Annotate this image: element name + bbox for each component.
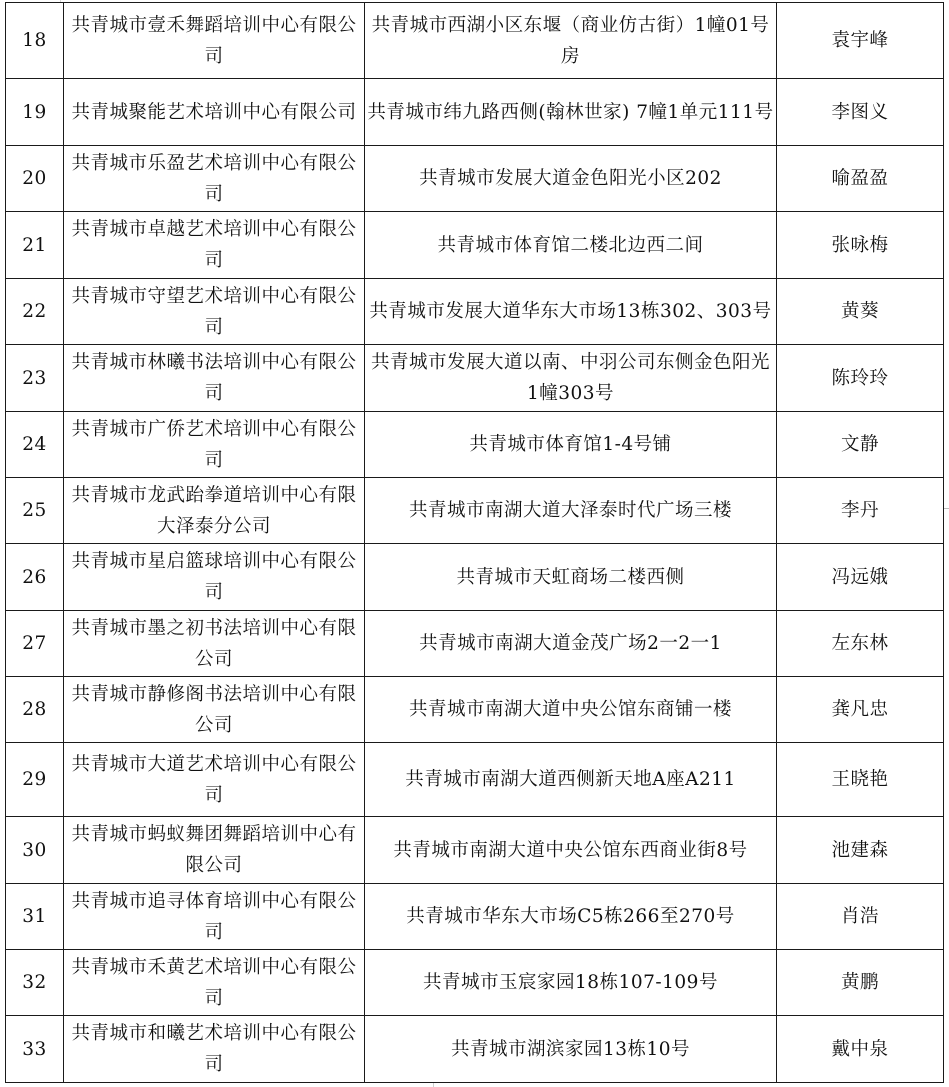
row-number-cell: 31: [6, 884, 64, 950]
contact-person-cell: 王晓艳: [777, 743, 944, 817]
address-cell: 共青城市体育馆1-4号铺: [365, 412, 777, 478]
company-name-cell: 共青城市守望艺术培训中心有限公司: [64, 279, 365, 345]
contact-person-cell: 黄葵: [777, 279, 944, 345]
company-name-cell: 共青城市星启篮球培训中心有限公司: [64, 544, 365, 611]
company-name-cell: 共青城市墨之初书法培训中心有限公司: [64, 611, 365, 677]
contact-person-cell: 文静: [777, 412, 944, 478]
table-row: 29 共青城市大道艺术培训中心有限公司 共青城市南湖大道西侧新天地A座A211 …: [6, 743, 944, 817]
row-number-cell: 21: [6, 212, 64, 279]
row-number-cell: 25: [6, 478, 64, 544]
contact-person-cell: 袁宇峰: [777, 3, 944, 79]
row-number-cell: 29: [6, 743, 64, 817]
address-cell: 共青城市南湖大道中央公馆东西商业街8号: [365, 817, 777, 884]
company-name-cell: 共青城市乐盈艺术培训中心有限公司: [64, 146, 365, 212]
row-number-cell: 32: [6, 950, 64, 1016]
contact-person-cell: 戴中泉: [777, 1016, 944, 1083]
table-row: 23 共青城市林曦书法培训中心有限公司 共青城市发展大道以南、中羽公司东侧金色阳…: [6, 345, 944, 412]
contact-person-cell: 龚凡忠: [777, 677, 944, 743]
table-row: 33 共青城市和曦艺术培训中心有限公司 共青城市湖滨家园13栋10号 戴中泉: [6, 1016, 944, 1083]
page-edge-mark: [944, 508, 949, 509]
row-number-cell: 23: [6, 345, 64, 412]
training-institutions-table: 18 共青城市壹禾舞蹈培训中心有限公司 共青城市西湖小区东堰（商业仿古街）1幢0…: [5, 2, 944, 1083]
company-name-cell: 共青城聚能艺术培训中心有限公司: [64, 79, 365, 146]
address-cell: 共青城市南湖大道金茂广场2一2一1: [365, 611, 777, 677]
row-number-cell: 30: [6, 817, 64, 884]
contact-person-cell: 池建森: [777, 817, 944, 884]
table-row: 30 共青城市蚂蚁舞团舞蹈培训中心有限公司 共青城市南湖大道中央公馆东西商业街8…: [6, 817, 944, 884]
table-row: 32 共青城市禾黄艺术培训中心有限公司 共青城市玉宸家园18栋107-109号 …: [6, 950, 944, 1016]
page-edge-mark: [433, 1083, 434, 1087]
contact-person-cell: 黄鹏: [777, 950, 944, 1016]
address-cell: 共青城市纬九路西侧(翰林世家) 7幢1单元111号: [365, 79, 777, 146]
address-cell: 共青城市发展大道华东大市场13栋302、303号: [365, 279, 777, 345]
company-name-cell: 共青城市禾黄艺术培训中心有限公司: [64, 950, 365, 1016]
row-number-cell: 24: [6, 412, 64, 478]
table-row: 31 共青城市追寻体育培训中心有限公司 共青城市华东大市场C5栋266至270号…: [6, 884, 944, 950]
row-number-cell: 20: [6, 146, 64, 212]
address-cell: 共青城市发展大道以南、中羽公司东侧金色阳光1幢303号: [365, 345, 777, 412]
table-row: 26 共青城市星启篮球培训中心有限公司 共青城市天虹商场二楼西侧 冯远娥: [6, 544, 944, 611]
table-row: 22 共青城市守望艺术培训中心有限公司 共青城市发展大道华东大市场13栋302、…: [6, 279, 944, 345]
contact-person-cell: 左东林: [777, 611, 944, 677]
company-name-cell: 共青城市林曦书法培训中心有限公司: [64, 345, 365, 412]
contact-person-cell: 肖浩: [777, 884, 944, 950]
table-row: 28 共青城市静修阁书法培训中心有限公司 共青城市南湖大道中央公馆东商铺一楼 龚…: [6, 677, 944, 743]
company-name-cell: 共青城市壹禾舞蹈培训中心有限公司: [64, 3, 365, 79]
address-cell: 共青城市湖滨家园13栋10号: [365, 1016, 777, 1083]
address-cell: 共青城市发展大道金色阳光小区202: [365, 146, 777, 212]
address-cell: 共青城市玉宸家园18栋107-109号: [365, 950, 777, 1016]
table-row: 27 共青城市墨之初书法培训中心有限公司 共青城市南湖大道金茂广场2一2一1 左…: [6, 611, 944, 677]
company-name-cell: 共青城市龙武跆拳道培训中心有限大泽泰分公司: [64, 478, 365, 544]
table-row: 18 共青城市壹禾舞蹈培训中心有限公司 共青城市西湖小区东堰（商业仿古街）1幢0…: [6, 3, 944, 79]
address-cell: 共青城市西湖小区东堰（商业仿古街）1幢01号房: [365, 3, 777, 79]
company-name-cell: 共青城市广侨艺术培训中心有限公司: [64, 412, 365, 478]
company-name-cell: 共青城市大道艺术培训中心有限公司: [64, 743, 365, 817]
table-row: 25 共青城市龙武跆拳道培训中心有限大泽泰分公司 共青城市南湖大道大泽泰时代广场…: [6, 478, 944, 544]
contact-person-cell: 张咏梅: [777, 212, 944, 279]
address-cell: 共青城市南湖大道中央公馆东商铺一楼: [365, 677, 777, 743]
company-name-cell: 共青城市卓越艺术培训中心有限公司: [64, 212, 365, 279]
row-number-cell: 18: [6, 3, 64, 79]
address-cell: 共青城市体育馆二楼北边西二间: [365, 212, 777, 279]
company-name-cell: 共青城市和曦艺术培训中心有限公司: [64, 1016, 365, 1083]
table-row: 21 共青城市卓越艺术培训中心有限公司 共青城市体育馆二楼北边西二间 张咏梅: [6, 212, 944, 279]
contact-person-cell: 李丹: [777, 478, 944, 544]
company-name-cell: 共青城市静修阁书法培训中心有限公司: [64, 677, 365, 743]
row-number-cell: 19: [6, 79, 64, 146]
address-cell: 共青城市华东大市场C5栋266至270号: [365, 884, 777, 950]
table-row: 19 共青城聚能艺术培训中心有限公司 共青城市纬九路西侧(翰林世家) 7幢1单元…: [6, 79, 944, 146]
contact-person-cell: 冯远娥: [777, 544, 944, 611]
table-row: 24 共青城市广侨艺术培训中心有限公司 共青城市体育馆1-4号铺 文静: [6, 412, 944, 478]
contact-person-cell: 陈玲玲: [777, 345, 944, 412]
row-number-cell: 33: [6, 1016, 64, 1083]
company-name-cell: 共青城市蚂蚁舞团舞蹈培训中心有限公司: [64, 817, 365, 884]
company-name-cell: 共青城市追寻体育培训中心有限公司: [64, 884, 365, 950]
row-number-cell: 27: [6, 611, 64, 677]
row-number-cell: 26: [6, 544, 64, 611]
table-body: 18 共青城市壹禾舞蹈培训中心有限公司 共青城市西湖小区东堰（商业仿古街）1幢0…: [6, 3, 944, 1083]
address-cell: 共青城市南湖大道西侧新天地A座A211: [365, 743, 777, 817]
row-number-cell: 28: [6, 677, 64, 743]
contact-person-cell: 李图义: [777, 79, 944, 146]
contact-person-cell: 喻盈盈: [777, 146, 944, 212]
address-cell: 共青城市南湖大道大泽泰时代广场三楼: [365, 478, 777, 544]
row-number-cell: 22: [6, 279, 64, 345]
address-cell: 共青城市天虹商场二楼西侧: [365, 544, 777, 611]
table-row: 20 共青城市乐盈艺术培训中心有限公司 共青城市发展大道金色阳光小区202 喻盈…: [6, 146, 944, 212]
